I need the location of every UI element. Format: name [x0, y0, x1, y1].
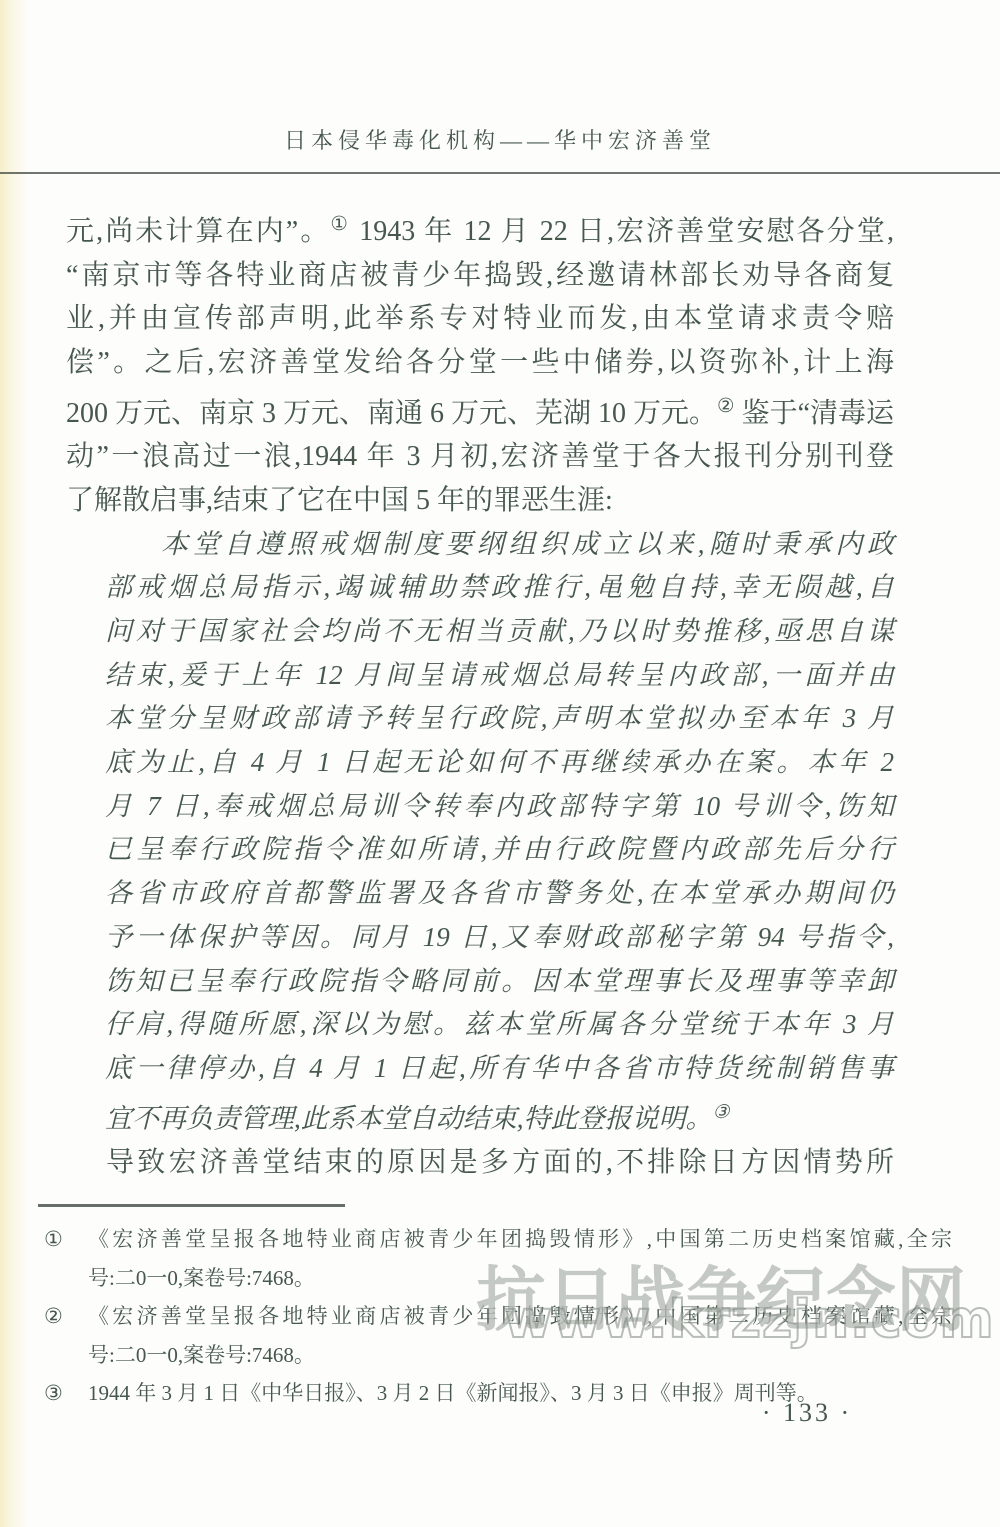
footnote-item: ②《宏济善堂呈报各地特业商店被青少年团捣毁情形》,中国第二历史档案馆藏,全宗号:…: [44, 1297, 952, 1374]
footnote-text: 《宏济善堂呈报各地特业商店被青少年团捣毁情形》,中国第二历史档案馆藏,全宗号:二…: [88, 1220, 952, 1297]
text-line: 饬知已呈奉行政院指令略同前。因本堂理事长及理事等幸卸: [105, 960, 894, 1004]
text-line: 底为止,自 4 月 1 日起无论如何不再继续承办在案。本年 2: [105, 741, 894, 785]
footnote-marker: ③: [44, 1374, 88, 1413]
footnote-ref: ②: [717, 396, 735, 417]
text-line: 月 7 日,奉戒烟总局训令转奉内政部特字第 10 号训令,饬知: [105, 785, 894, 829]
text-line: 导致宏济善堂结束的原因是多方面的,不排除日方因情势所: [66, 1141, 894, 1185]
text-line: 《宏济善堂呈报各地特业商店被青少年团捣毁情形》,中国第二历史档案馆藏,全宗: [88, 1297, 952, 1336]
text-line: 底一律停办,自 4 月 1 日起,所有华中各省市特货统制销售事: [105, 1047, 894, 1091]
text-line: 本堂自遵照戒烟制度要纲组织成立以来,随时秉承内政: [105, 523, 894, 567]
text-line: 问对于国家社会均尚不无相当贡献,乃以时势推移,亟思自谋: [105, 610, 894, 654]
text-line: 元,尚未计算在内”。① 1943 年 12 月 22 日,宏济善堂安慰各分堂,: [66, 203, 894, 254]
text-line: 仔肩,得随所愿,深以为慰。兹本堂所属各分堂统于本年 3 月: [105, 1003, 894, 1047]
text-line: 号:二0一0,案卷号:7468。: [88, 1336, 952, 1375]
page-body: 元,尚未计算在内”。① 1943 年 12 月 22 日,宏济善堂安慰各分堂,“…: [66, 203, 894, 1185]
running-title: 日本侵华毒化机构——华中宏济善堂: [0, 124, 1000, 155]
footnote-ref: ③: [713, 1102, 730, 1123]
book-page: 日本侵华毒化机构——华中宏济善堂 元,尚未计算在内”。① 1943 年 12 月…: [0, 0, 1000, 1527]
text-line: 结束,爰于上年 12 月间呈请戒烟总局转呈内政部,一面并由: [105, 654, 894, 698]
text-line: 偿”。之后,宏济善堂发给各分堂一些中储券,以资弥补,计上海: [66, 341, 894, 385]
text-line: 了解散启事,结束了它在中国 5 年的罪恶生涯:: [66, 479, 894, 523]
text-line: 予一体保护等因。同月 19 日,又奉财政部秘字第 94 号指令,: [105, 916, 894, 960]
text-line: 《宏济善堂呈报各地特业商店被青少年团捣毁情形》,中国第二历史档案馆藏,全宗: [88, 1220, 952, 1259]
footnote-item: ①《宏济善堂呈报各地特业商店被青少年团捣毁情形》,中国第二历史档案馆藏,全宗号:…: [44, 1220, 952, 1297]
footnote-separator: [38, 1204, 345, 1207]
text-line: 已呈奉行政院指令准如所请,并由行政院暨内政部先后分行: [105, 828, 894, 872]
text-line: 本堂分呈财政部请予转呈行政院,声明本堂拟办至本年 3 月: [105, 697, 894, 741]
page-edge-shading: [0, 0, 28, 1527]
quote-block-dissolution-notice: 本堂自遵照戒烟制度要纲组织成立以来,随时秉承内政部戒烟总局指示,竭诚辅助禁政推行…: [105, 523, 894, 1141]
text-line: 动”一浪高过一浪,1944 年 3 月初,宏济善堂于各大报刊分别刊登: [66, 435, 894, 479]
text-line: 部戒烟总局指示,竭诚辅助禁政推行,黾勉自持,幸无陨越,自: [105, 566, 894, 610]
text-line: 200 万元、南京 3 万元、南通 6 万元、芜湖 10 万元。② 鉴于“清毒运: [66, 385, 894, 436]
text-line: 宜不再负责管理,此系本堂自动结束,特此登报说明。③: [105, 1091, 894, 1141]
text-line: 各省市政府首都警监署及各省市警务处,在本堂承办期间仍: [105, 872, 894, 916]
footnote-marker: ①: [44, 1220, 88, 1297]
page-number: · 133 ·: [742, 1398, 872, 1428]
text-line: 业,并由宣传部声明,此举系专对特业而发,由本堂请求责令赔: [66, 297, 894, 341]
text-line: “南京市等各特业商店被青少年捣毁,经邀请林部长劝导各商复: [66, 254, 894, 298]
footnotes: ①《宏济善堂呈报各地特业商店被青少年团捣毁情形》,中国第二历史档案馆藏,全宗号:…: [44, 1220, 952, 1413]
footnote-ref: ①: [330, 214, 350, 235]
footnote-marker: ②: [44, 1297, 88, 1374]
text-line: 号:二0一0,案卷号:7468。: [88, 1259, 952, 1298]
paragraph-closing: 导致宏济善堂结束的原因是多方面的,不排除日方因情势所: [66, 1141, 894, 1185]
paragraph-intro: 元,尚未计算在内”。① 1943 年 12 月 22 日,宏济善堂安慰各分堂,“…: [66, 203, 894, 523]
header-rule: [0, 172, 1000, 174]
footnote-text: 《宏济善堂呈报各地特业商店被青少年团捣毁情形》,中国第二历史档案馆藏,全宗号:二…: [88, 1297, 952, 1374]
